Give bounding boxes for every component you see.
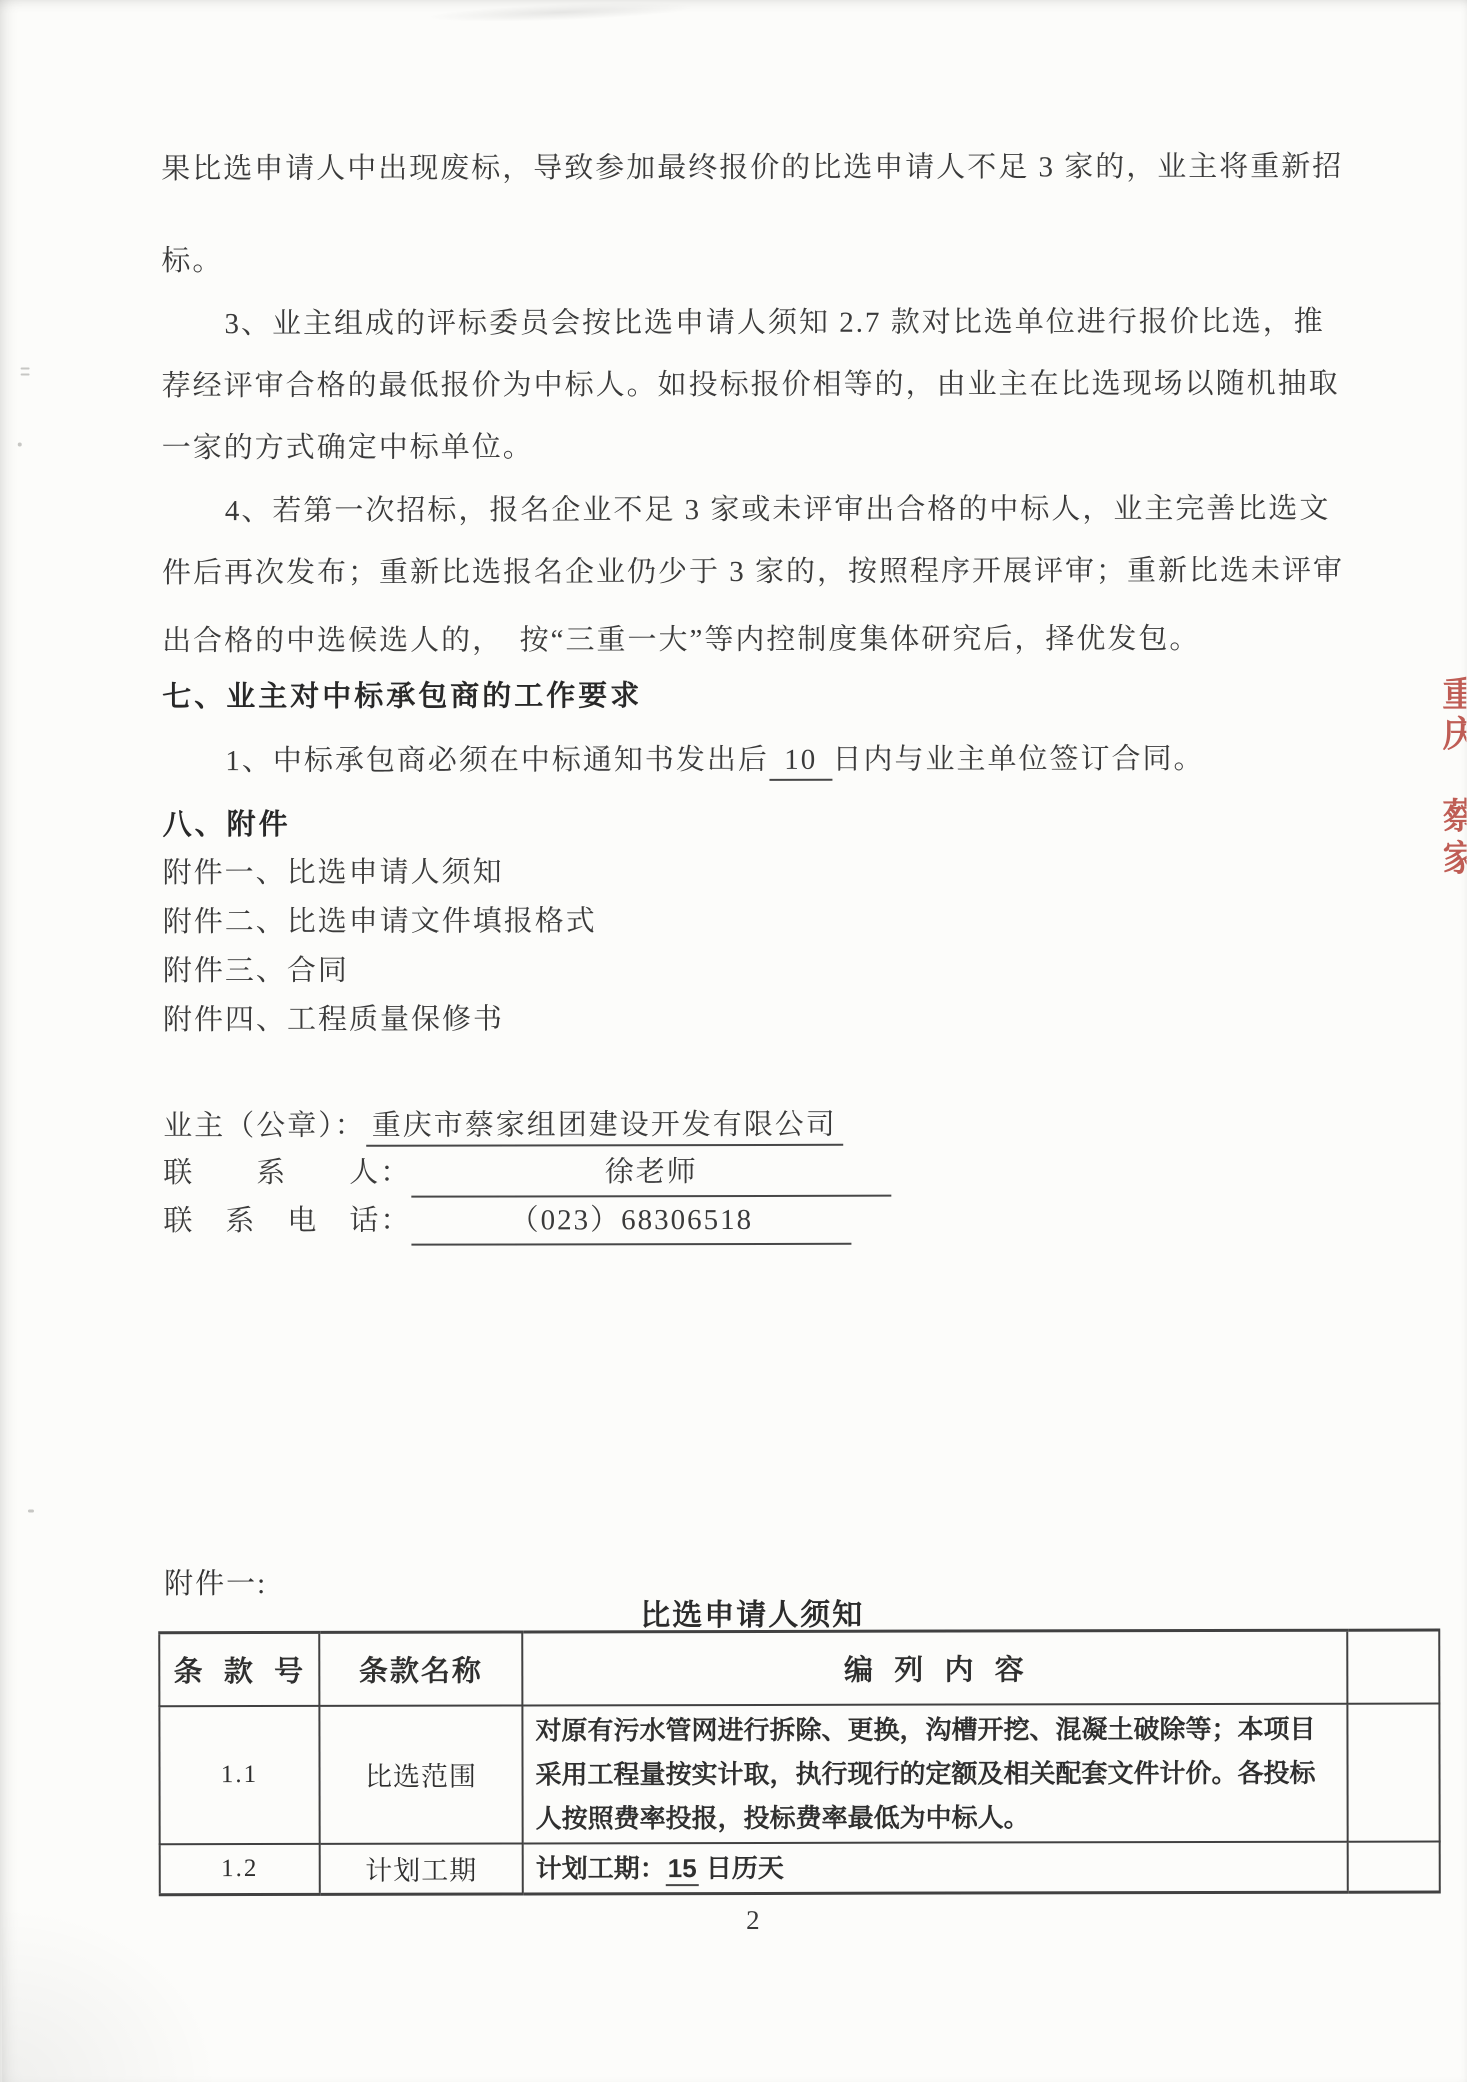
cell-clause-name: 计划工期 [320, 1843, 523, 1894]
page-number: 2 [159, 1904, 1347, 1937]
red-stamp-fragment: 庆 [1442, 714, 1466, 756]
red-stamp-fragment: 重 [1442, 674, 1466, 716]
attachment-list-item: 附件四、工程质量保修书 [163, 999, 504, 1040]
owner-label: 业主（公章）： [163, 1110, 366, 1142]
contact-phone-underlined: （023）68306518 [411, 1200, 851, 1246]
paragraph-line: 3、业主组成的评标委员会按比选申请人须知 2.7 款对比选单位进行报价比选，推 [224, 302, 1324, 344]
cell-clause-number: 1.2 [160, 1843, 320, 1894]
contact-person-underlined: 徐老师 [411, 1152, 891, 1198]
attachment-list-item: 附件二、比选申请文件填报格式 [163, 901, 597, 942]
red-stamp-fragment: 蔡 [1442, 796, 1466, 838]
header-empty-cell [1347, 1630, 1439, 1703]
contact-phone-row: 联 系 电 话：（023）68306518 [163, 1200, 851, 1246]
table-header-row: 条 款 号 条款名称 编 列 内 容 [159, 1630, 1439, 1706]
clause-prefix: 1、中标承包商必须在中标通知书发出后 [225, 744, 769, 777]
header-clause-number: 条 款 号 [159, 1632, 319, 1705]
paragraph-line: 4、若第一次招标，报名企业不足 3 家或未评审出合格的中标人，业主完善比选文 [225, 489, 1331, 531]
contract-signing-clause: 1、中标承包商必须在中标通知书发出后 10 日内与业主单位签订合同。 [225, 739, 1204, 781]
paragraph-line: 果比选申请人中出现废标，导致参加最终报价的比选申请人不足 3 家的，业主将重新招 [161, 147, 1343, 189]
scan-speck [21, 367, 30, 369]
attachment-list-item: 附件三、合同 [163, 951, 349, 991]
owner-row: 业主（公章）：重庆市蔡家组团建设开发有限公司 [163, 1105, 843, 1146]
cell-clause-number: 1.1 [159, 1705, 319, 1843]
cell-clause-name: 比选范围 [319, 1705, 522, 1843]
section-heading-eight: 八、附件 [163, 805, 291, 845]
table-row: 1.2 计划工期 计划工期：15 日历天 [160, 1841, 1440, 1894]
scan-speck [18, 442, 22, 446]
paragraph-line: 一家的方式确定中标单位。 [162, 427, 534, 468]
paragraph-line: 标。 [161, 241, 223, 281]
paragraph-line: 荐经评审合格的最低报价为中标人。如投标报价相等的，由业主在比选现场以随机抽取 [162, 364, 1340, 406]
page-content: 果比选申请人中出现废标，导致参加最终报价的比选申请人不足 3 家的，业主将重新招… [0, 0, 1467, 2082]
cell-clause-content: 计划工期：15 日历天 [523, 1841, 1348, 1893]
section-heading-seven: 七、业主对中标承包商的工作要求 [162, 676, 642, 717]
red-stamp-fragment: 家 [1443, 838, 1467, 880]
scan-corner-shade [2, 1903, 222, 2082]
header-clause-name: 条款名称 [319, 1632, 522, 1705]
notice-table: 条 款 号 条款名称 编 列 内 容 1.1 比选范围 对原有污水管网进行拆除、… [158, 1629, 1441, 1896]
header-clause-content: 编 列 内 容 [522, 1630, 1347, 1705]
cell-empty [1347, 1703, 1439, 1841]
duration-prefix: 计划工期： [536, 1853, 666, 1883]
duration-suffix: 日历天 [699, 1852, 784, 1882]
paragraph-line: 出合格的中选候选人的， 按“三重一大”等内控制度集体研究后，择优发包。 [162, 619, 1200, 661]
contact-person-label: 联 系 人： [163, 1157, 411, 1190]
clause-suffix: 日内与业主单位签订合同。 [832, 743, 1204, 776]
contact-phone-label: 联 系 电 话： [163, 1205, 411, 1238]
paragraph-line: 件后再次发布；重新比选报名企业仍少于 3 家的，按照程序开展评审；重新比选未评审 [162, 551, 1344, 593]
scanned-document-page: 果比选申请人中出现废标，导致参加最终报价的比选申请人不足 3 家的，业主将重新招… [0, 0, 1467, 2082]
cell-clause-content: 对原有污水管网进行拆除、更换，沟槽开挖、混凝土破除等；本项目采用工程量按实计取，… [522, 1703, 1347, 1843]
duration-underlined-value: 15 [666, 1853, 699, 1886]
table-row: 1.1 比选范围 对原有污水管网进行拆除、更换，沟槽开挖、混凝土破除等；本项目采… [159, 1703, 1439, 1844]
contact-person-row: 联 系 人：徐老师 [163, 1152, 891, 1199]
cell-empty [1348, 1841, 1440, 1892]
attachment-list-item: 附件一、比选申请人须知 [163, 852, 504, 893]
days-underlined-value: 10 [769, 744, 833, 781]
owner-company-underlined: 重庆市蔡家组团建设开发有限公司 [366, 1109, 843, 1147]
scan-smudge [426, 0, 696, 25]
scan-speck [21, 373, 30, 375]
scan-speck [28, 1509, 34, 1512]
